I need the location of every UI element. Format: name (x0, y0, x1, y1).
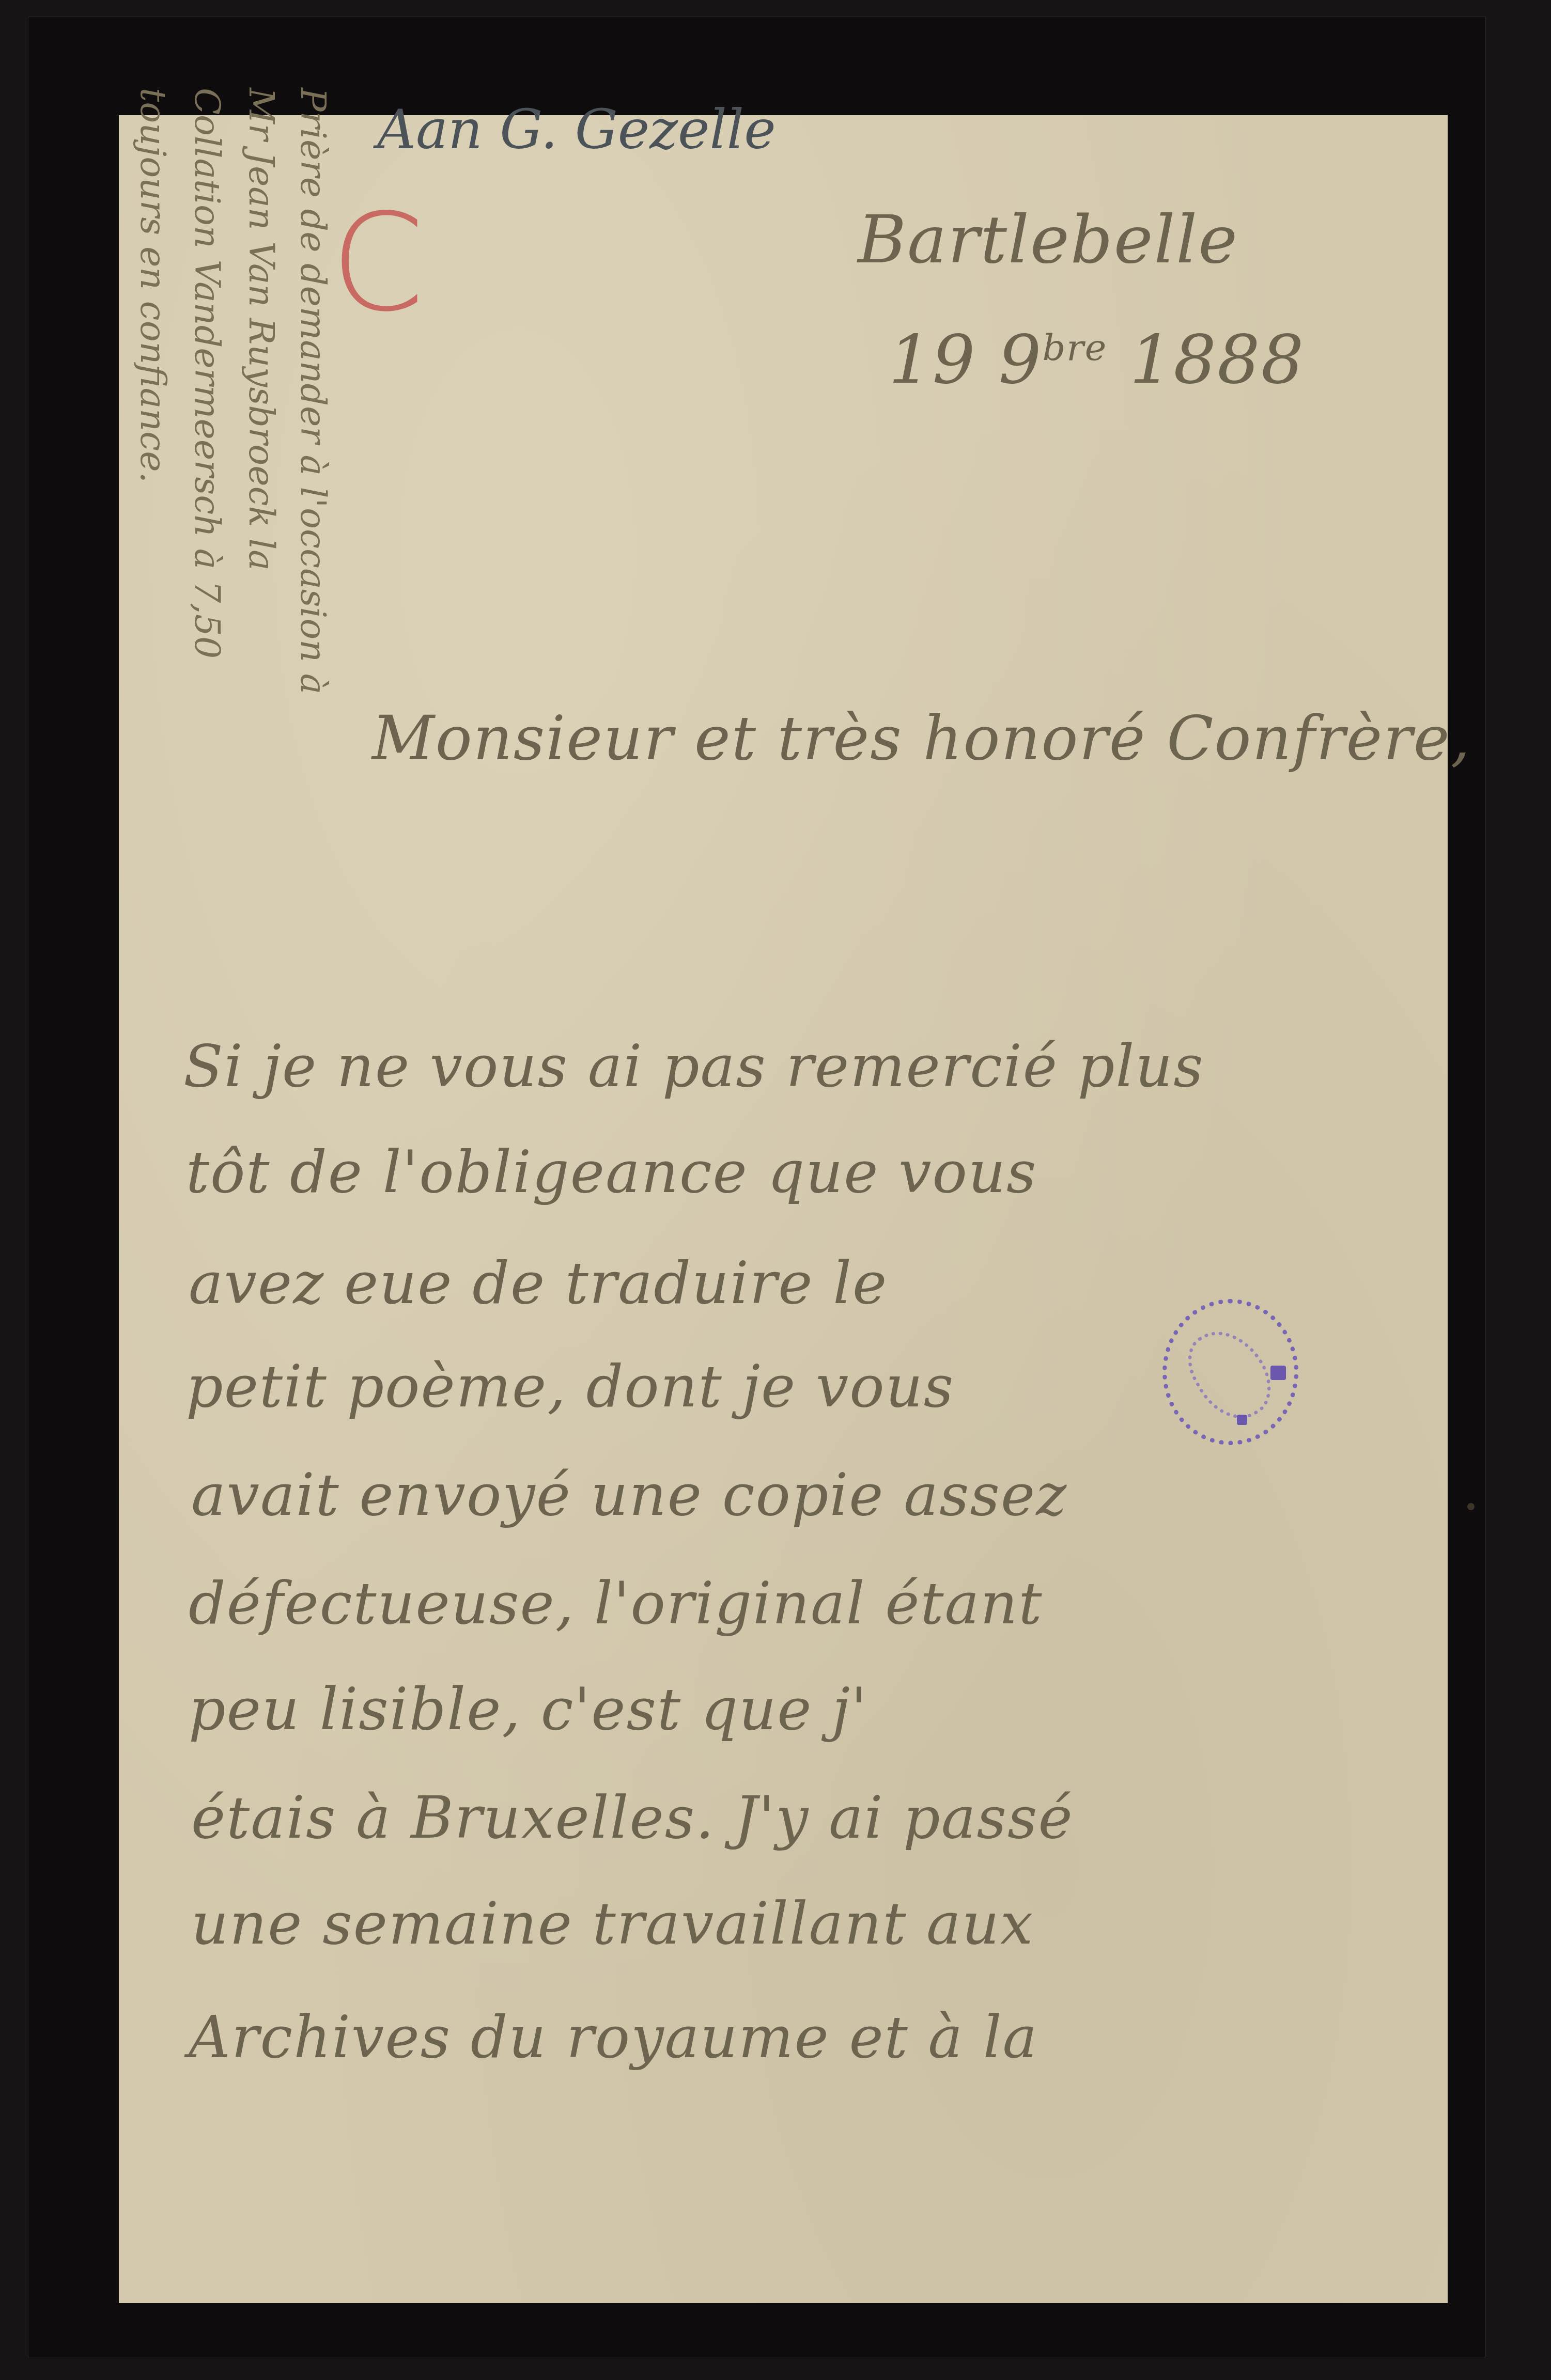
margin-note-column: Collation Vandermeersch à 7,50 (187, 88, 227, 659)
body-line: étais à Bruxelles. J'y ai passé (191, 1784, 1074, 1852)
body-line: Si je ne vous ai pas remercié plus (183, 1033, 1204, 1100)
pencil-recipient-heading: Aan G. Gezelle (377, 98, 776, 161)
body-line: avez eue de traduire le (189, 1250, 888, 1317)
body-line: tôt de l'obligeance que vous (186, 1139, 1037, 1206)
ink-dot (1467, 1503, 1475, 1510)
body-line: petit poème, dont je vous (186, 1353, 954, 1420)
stamp-mark (1237, 1415, 1247, 1425)
letter-place: Bartlebelle (858, 201, 1238, 278)
date-day: 19 (889, 320, 976, 399)
letter-date: 19 9bre 1888 (889, 320, 1305, 399)
margin-note-column: toujours en confiance. (132, 88, 173, 483)
red-crayon-mark: C (331, 196, 425, 331)
date-year: 1888 (1130, 320, 1305, 399)
date-month-sup: bre (1042, 326, 1107, 369)
margin-note-column: Mr Jean Van Ruysbroeck la (241, 88, 282, 571)
date-month: 9 (999, 320, 1043, 399)
margin-note-column: Prière de demander à l'occasion à (292, 88, 333, 694)
archive-stamp (1162, 1299, 1298, 1445)
stamp-mark (1270, 1366, 1286, 1380)
stamp-emblem (1176, 1316, 1284, 1433)
body-line: une semaine travaillant aux (191, 1890, 1034, 1958)
body-line: avait envoyé une copie assez (191, 1462, 1067, 1529)
salutation: Monsieur et très honoré Confrère, (372, 702, 1471, 774)
body-line: Archives du royaume et à la (189, 2004, 1038, 2071)
body-line: défectueuse, l'original étant (189, 1570, 1043, 1637)
body-line: peu lisible, c'est que j' (189, 1676, 868, 1743)
